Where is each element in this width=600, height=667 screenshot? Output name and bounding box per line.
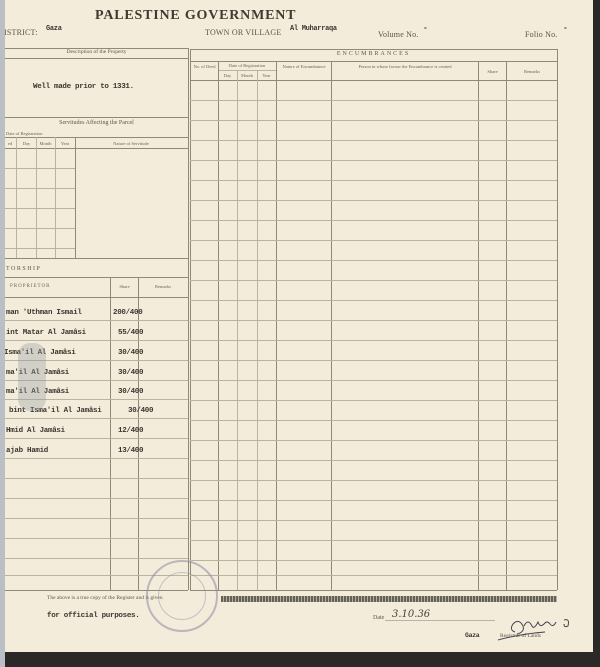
proprietor-name: int Matar Al Jamâsi <box>6 329 86 337</box>
servitudes-col-year: Year <box>55 141 75 146</box>
left-edge <box>0 0 5 667</box>
right-edge <box>593 0 600 667</box>
encumbrances-header: ENCUMBRANCES <box>190 51 557 57</box>
typed-filler-line <box>221 596 557 602</box>
scan-smudge <box>18 343 46 411</box>
place-text: Gaza <box>465 632 479 639</box>
servitudes-col-month: Month <box>36 141 55 146</box>
proprietor-name: Hmid Al Jamâsi <box>6 427 65 435</box>
official-stamp-icon <box>146 560 218 632</box>
enc-col-persons: Person in whose favour the Encumbrance i… <box>336 64 474 69</box>
bottom-edge <box>5 652 600 667</box>
proprietor-share: 30/400 <box>118 369 143 377</box>
signature-icon <box>490 612 585 647</box>
proprietorship-header: TORSHIP <box>6 266 41 272</box>
volume-label: Volume No. <box>378 30 419 39</box>
enc-col-nature: Nature of Encumbrance <box>278 64 330 69</box>
enc-col-month: Month <box>237 73 257 78</box>
date-value: 3.10.36 <box>392 609 430 620</box>
enc-col-share: Share <box>479 69 506 74</box>
enc-col-deed: No. of Deed <box>191 64 218 69</box>
proprietor-share: 200/400 <box>113 309 142 317</box>
description-text: Well made prior to 1331. <box>33 83 134 91</box>
volume-value: - <box>423 24 428 33</box>
enc-col-date-reg: Date of Registration <box>218 63 276 68</box>
date-label: Date <box>373 615 384 621</box>
proprietor-share: 30/400 <box>128 407 153 415</box>
enc-col-year: Year <box>257 73 276 78</box>
proprietor-name: man 'Uthman Ismail <box>6 309 82 317</box>
proprietor-name: ajab Hamid <box>6 447 48 455</box>
district-value: Gaza <box>46 25 62 33</box>
town-label: TOWN OR VILLAGE <box>205 28 281 37</box>
proprietor-col-remarks: Remarks <box>138 284 188 289</box>
land-register-page: PALESTINE GOVERNMENT ISTRICT: Gaza TOWN … <box>0 0 593 652</box>
document-viewer: PALESTINE GOVERNMENT ISTRICT: Gaza TOWN … <box>0 0 600 667</box>
servitudes-header: Servitudes Affecting the Parcel <box>5 120 188 126</box>
enc-col-remarks: Remarks <box>507 69 557 74</box>
proprietor-col-share: Share <box>111 284 138 289</box>
proprietor-share: 55/400 <box>118 329 143 337</box>
servitudes-col-deed: ed <box>4 141 16 146</box>
servitudes-date-label: Date of Registration <box>6 131 43 136</box>
proprietor-share: 13/400 <box>118 447 143 455</box>
proprietor-share: 30/400 <box>118 388 143 396</box>
servitudes-col-day: Day <box>17 141 36 146</box>
folio-value: - <box>563 24 568 33</box>
page-title: PALESTINE GOVERNMENT <box>95 8 296 24</box>
description-header: Description of the Property <box>5 49 188 55</box>
folio-label: Folio No. <box>525 30 557 39</box>
district-label: ISTRICT: <box>4 28 38 37</box>
town-value: Al Muharraqa <box>290 25 337 33</box>
proprietor-share: 12/400 <box>118 427 143 435</box>
purpose-text: for official purposes. <box>47 612 139 620</box>
servitudes-col-nature: Nature of Servitude <box>75 141 187 146</box>
proprietor-col-name: PROPRIETOR <box>10 284 50 289</box>
enc-col-day: Day <box>218 73 237 78</box>
proprietor-share: 30/400 <box>118 349 143 357</box>
